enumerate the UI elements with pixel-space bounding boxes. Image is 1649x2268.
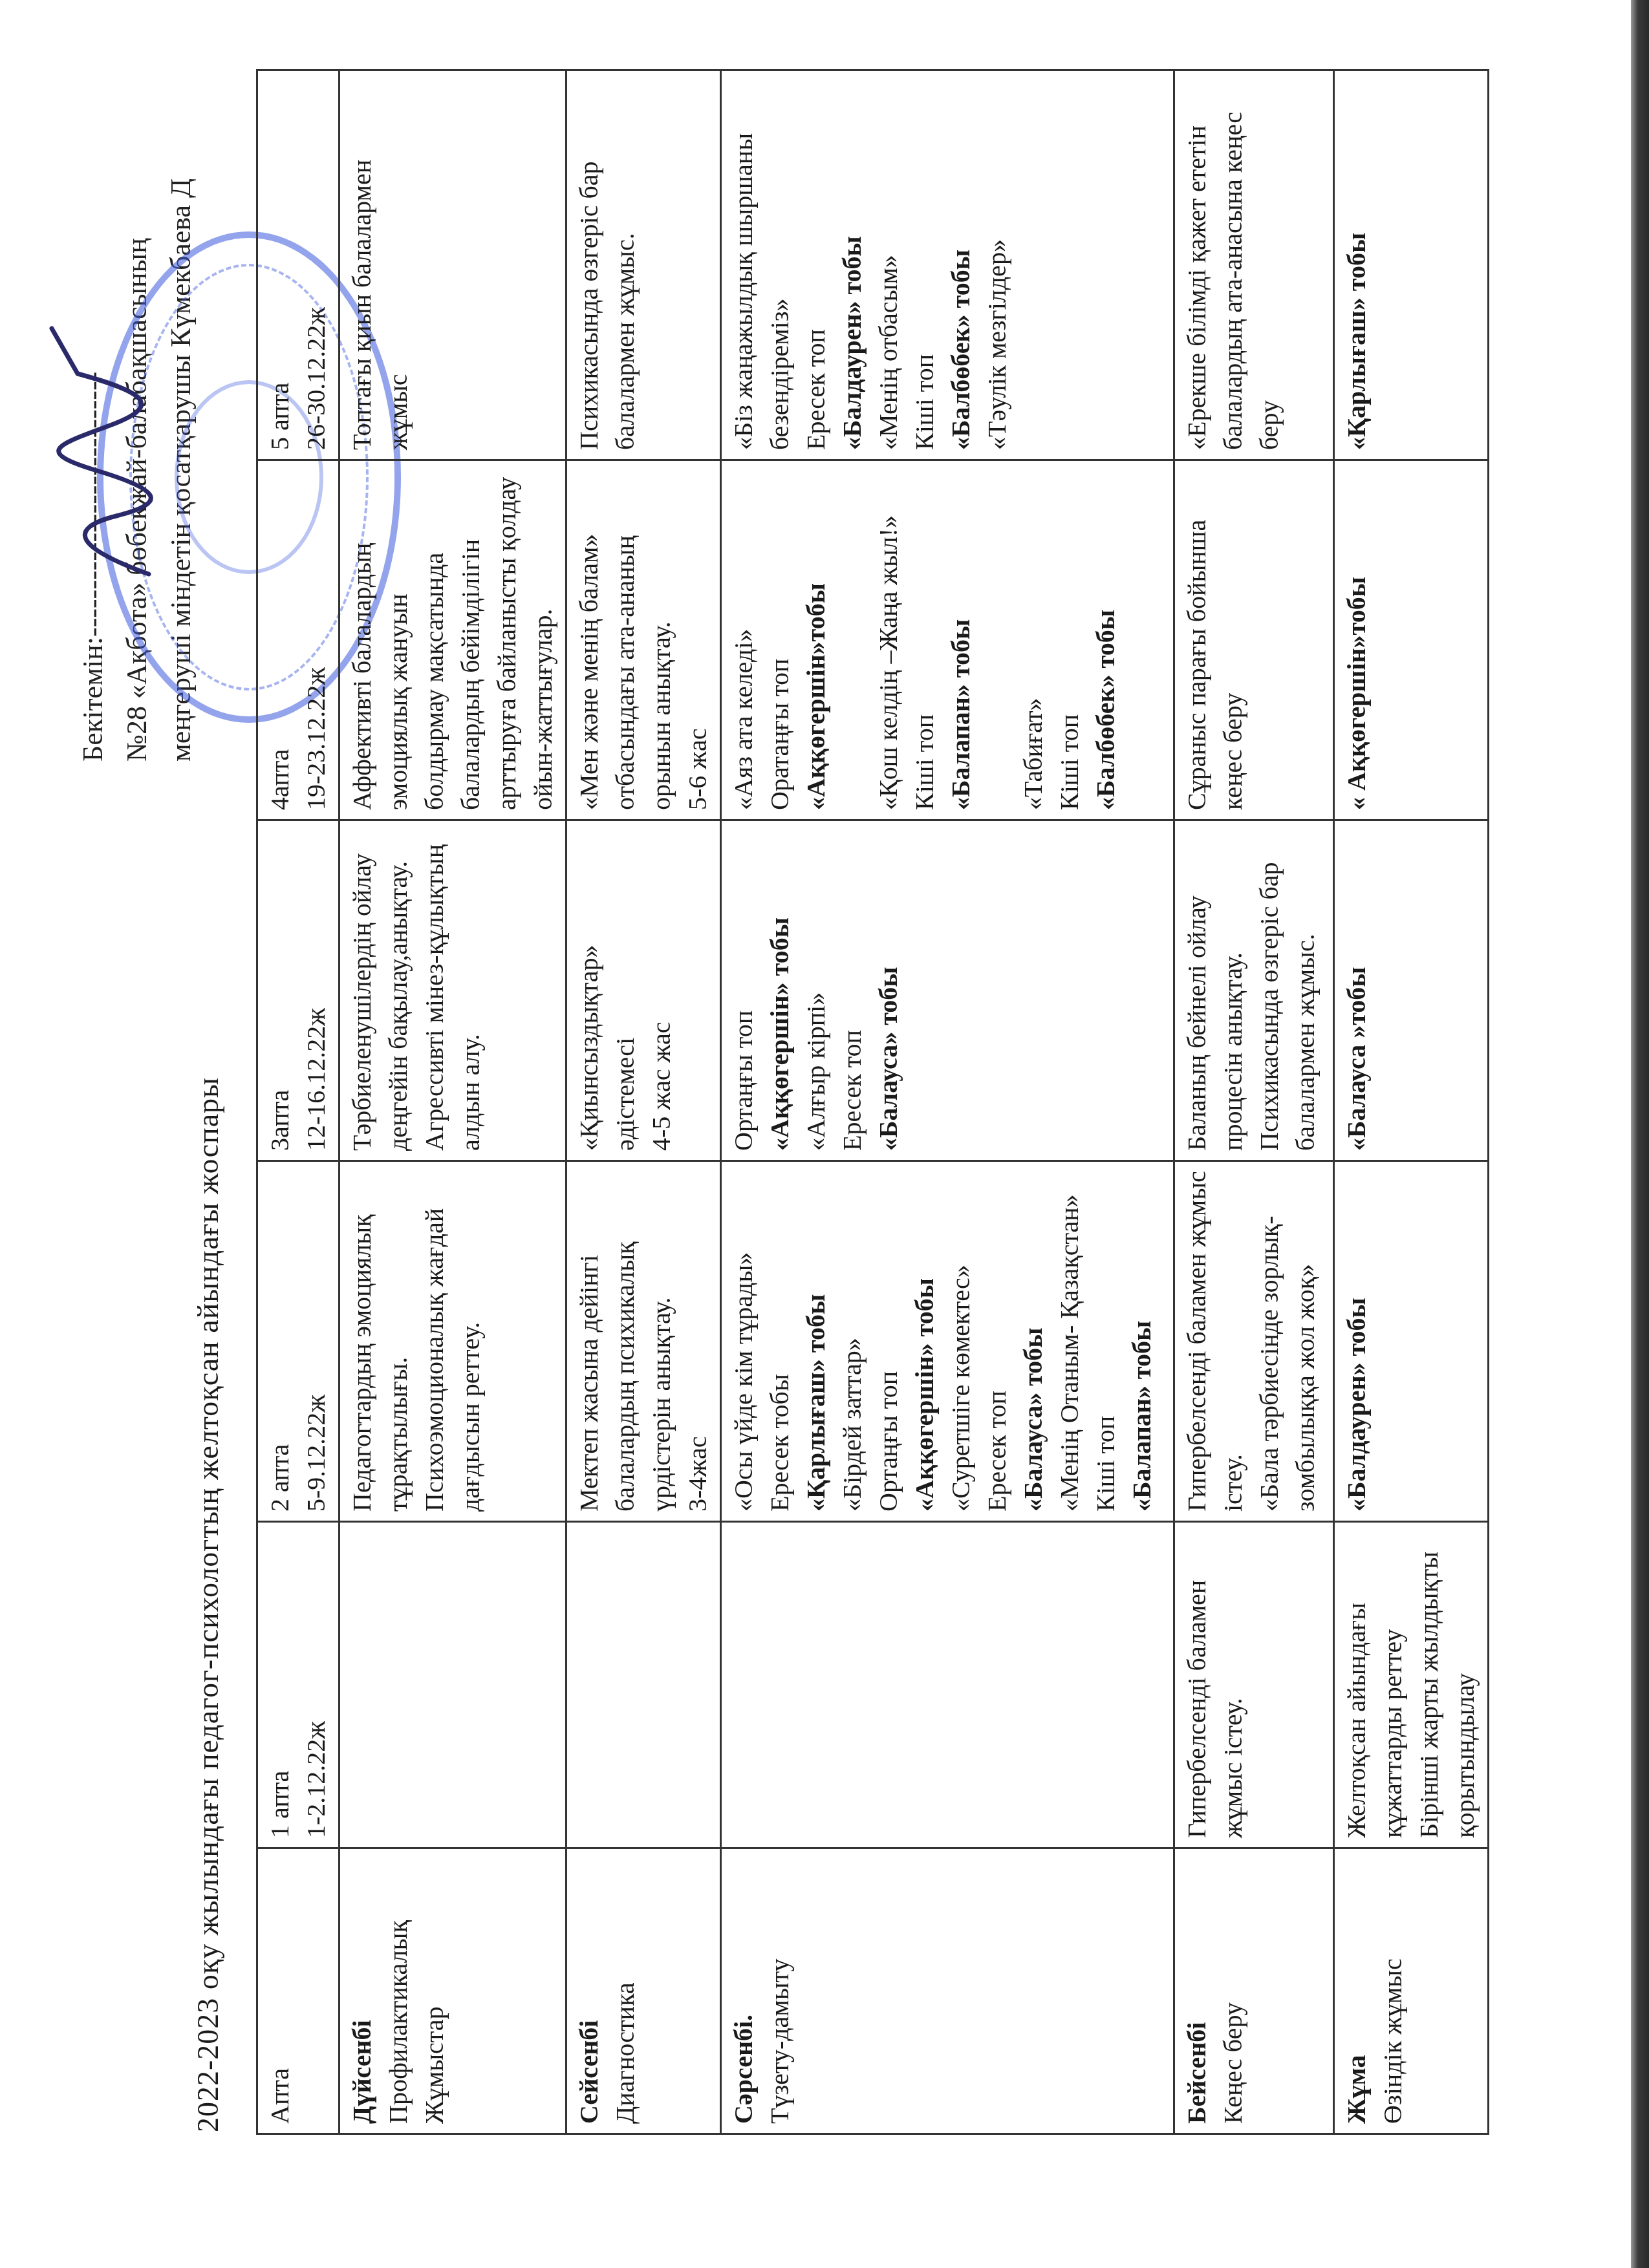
cell-text: «Суретшіге көмектес» [943,1171,979,1512]
table-row: ЖұмаӨзіндік жұмысЖелтоқсан айындағы құжа… [1334,70,1489,2134]
cell-text: 5-6 жас [680,470,716,810]
week-label: 3апта [262,830,298,1151]
plan-cell: Топтағы қиын балалармен жұмыс [339,70,566,460]
cell-text: «Бала тәрбиесінде зорлық-зомбылыққа жол … [1251,1171,1324,1512]
group-name: «Балауса »тобы [1339,830,1375,1151]
plan-cell: Гипербелсенді баламен жұмыс істеу.«Бала … [1174,1161,1334,1522]
table-row: ДүйсенбіПрофилактикалық ЖұмыстарПедагогт… [339,70,566,2134]
plan-cell: Тәрбиеленушілердің ойлау деңгейін бақыла… [339,820,566,1161]
cell-text: Желтоқсан айындағы құжаттарды реттеу [1339,1532,1411,1838]
monthly-plan-table: Апта1 апта1-2.12.22ж2 апта5-9.12.22ж3апт… [256,69,1489,2135]
cell-text: «Қош келдің –Жаңа жыл!» [870,470,907,810]
cell-text: 4-5 жас жас [643,830,680,1151]
group-name: «Балауса» тобы [870,830,907,1151]
plan-cell [721,1522,1174,1848]
cell-text: «Менің Отаным- Қазақстан» [1051,1171,1088,1512]
group-name: «Аққөгершін» тобы [762,830,798,1151]
activity-type: Өзіндік жұмыс [1375,1858,1411,2124]
group-name: «Балапан» тобы [943,470,979,810]
group-name: «Қарлығаш» тобы [1339,80,1375,450]
group-name: «Аққөгершін»тобы [798,470,834,810]
cell-text: Ортаңғы топ [870,1171,907,1512]
cell-text: «Алғыр кірпі» [798,830,834,1151]
page-title: 2022-2023 оқу жылындағы педагог-психолог… [191,1077,225,2132]
week-label: 5 апта [262,80,298,450]
day-name: Бейсенбі [1179,1858,1215,2124]
week-header-3: 3апта12-16.12.22ж [257,820,339,1161]
plan-cell: «Қарлығаш» тобы [1334,70,1489,460]
week-dates: 19-23.12.22ж [298,470,334,810]
cell-text: Психикасында өзгеріс бар балалармен жұмы… [1251,830,1324,1151]
corner-cell: Апта [257,1848,339,2134]
cell-text [979,470,1015,810]
cell-text: Ересек топ [979,1171,1015,1512]
cell-text: «Аяз ата келеді» [726,470,762,810]
plan-cell: Баланың бейнелі ойлау процесін анықтау.П… [1174,820,1334,1161]
day-name: Дүйсенбі [344,1858,380,2124]
cell-text: «Біз жаңажылдық шыршаны безендіреміз» [726,80,798,450]
cell-text: Мектеп жасына дейінгі балалардың психика… [571,1171,680,1512]
cell-text: Ересек топ [798,80,834,450]
group-name: « Аққөгершін»тобы [1339,470,1375,810]
cell-text: Агрессивті мінез-құлықтың алдын алу. [416,830,489,1151]
cell-text: Гипербелсенді баламен жұмыс істеу. [1179,1171,1251,1512]
plan-cell: Гипербелсенді баламен жұмыс істеу. [1174,1522,1334,1848]
row-label: БейсенбіКеңес беру [1174,1848,1334,2134]
plan-cell: Мектеп жасына дейінгі балалардың психика… [566,1161,721,1522]
cell-text: Топтағы қиын балалармен жұмыс [344,80,416,450]
cell-text: «Қиынсыздықтар» әдістемесі [571,830,643,1151]
plan-cell: «Біз жаңажылдық шыршаны безендіреміз»Ере… [721,70,1174,460]
cell-text: «Ерекше білімді қажет ететін балалардың … [1179,80,1288,450]
cell-text: Кіші топ [907,470,943,810]
cell-text: «Табиғат» [1015,470,1051,810]
activity-type: Кеңес беру [1215,1858,1251,2124]
cell-text: Кіші топ [1088,1171,1124,1512]
cell-text: Ересек топ [834,830,870,1151]
cell-text: Тәрбиеленушілердің ойлау деңгейін бақыла… [344,830,416,1151]
cell-text: Гипербелсенді баламен жұмыс істеу. [1179,1532,1251,1838]
plan-cell: Желтоқсан айындағы құжаттарды реттеуБірі… [1334,1522,1489,1848]
cell-text: Ересек тобы [762,1171,798,1512]
row-label: ДүйсенбіПрофилактикалық Жұмыстар [339,1848,566,2134]
plan-cell: «Аяз ата келеді»Оратаңғы топ«Аққөгершін»… [721,460,1174,820]
week-dates: 12-16.12.22ж [298,830,334,1151]
cell-text: Кіші топ [1051,470,1088,810]
week-label: 4апта [262,470,298,810]
group-name: «Балдаурен» тобы [834,80,870,450]
row-label: СейсенбіДиагностика [566,1848,721,2134]
plan-cell [339,1522,566,1848]
plan-cell: Педагогтардың эмоциялық тұрақтылығы.Псих… [339,1161,566,1522]
day-name: Сейсенбі [571,1858,607,2124]
week-header-2: 2 апта5-9.12.22ж [257,1161,339,1522]
rotated-page: Бекітемін:---------------------------- №… [0,0,1649,2268]
group-name: «Балдаурен» тобы [1339,1171,1375,1512]
cell-text: Педагогтардың эмоциялық тұрақтылығы. [344,1171,416,1512]
plan-cell: «Балауса »тобы [1334,820,1489,1161]
cell-text: «Осы үйде кім тұрады» [726,1171,762,1512]
cell-text: Бірінші жарты жылдықты қорытындылау [1411,1532,1483,1838]
cell-text: «Менің отбасым» [870,80,907,450]
cell-text: Баланың бейнелі ойлау процесін анықтау. [1179,830,1251,1151]
group-name: «Аққөгершін» тобы [907,1171,943,1512]
plan-cell: « Аққөгершін»тобы [1334,460,1489,820]
cell-text: Ортаңғы топ [726,830,762,1151]
week-dates: 26-30.12.22ж [298,80,334,450]
group-name: «Қарлығаш» тобы [798,1171,834,1512]
week-dates: 1-2.12.22ж [298,1532,334,1838]
day-name: Жұма [1339,1858,1375,2124]
cell-text: Сұраныс парағы бойынша кеңес беру [1179,470,1251,810]
plan-cell: «Мен және менің балам» отбасындағы ата-а… [566,460,721,820]
week-label: 2 апта [262,1171,298,1512]
week-header-5: 5 апта26-30.12.22ж [257,70,339,460]
handwritten-signature-icon [39,316,168,587]
group-name: «Балауса» тобы [1015,1171,1051,1512]
cell-text: Психоэмоционалық жағдай дағдысын реттеу. [416,1171,489,1512]
plan-cell: «Балдаурен» тобы [1334,1161,1489,1522]
plan-cell: Аффективті балалардың эмоциялық жануын б… [339,460,566,820]
group-name: «Балбөбек» тобы [943,80,979,450]
plan-cell: «Ерекше білімді қажет ететін балалардың … [1174,70,1334,460]
row-label: Сәрсенбі.Түзету-дамыту [721,1848,1174,2134]
plan-cell: «Осы үйде кім тұрады»Ересек тобы«Қарлыға… [721,1161,1174,1522]
table-row: Сәрсенбі.Түзету-дамыту«Осы үйде кім тұра… [721,70,1174,2134]
cell-text: Психикасында өзгеріс бар балалармен жұмы… [571,80,643,450]
week-label: 1 апта [262,1532,298,1838]
plan-cell: Психикасында өзгеріс бар балалармен жұмы… [566,70,721,460]
activity-type: Түзету-дамыту [762,1858,798,2124]
cell-text: «Мен және менің балам» отбасындағы ата-а… [571,470,680,810]
week-dates: 5-9.12.22ж [298,1171,334,1512]
cell-text: Оратаңғы топ [762,470,798,810]
cell-text: «Бірдей заттар» [834,1171,870,1512]
table-row: СейсенбіДиагностикаМектеп жасына дейінгі… [566,70,721,2134]
day-name: Сәрсенбі. [726,1858,762,2124]
week-header-4: 4апта19-23.12.22ж [257,460,339,820]
cell-text: Аффективті балалардың эмоциялық жануын б… [344,470,561,810]
activity-type: Диагностика [607,1858,643,2124]
table-row: БейсенбіКеңес беруГипербелсенді баламен … [1174,70,1334,2134]
plan-cell: Сұраныс парағы бойынша кеңес беру [1174,460,1334,820]
cell-text [834,470,870,810]
row-label: ЖұмаӨзіндік жұмыс [1334,1848,1489,2134]
group-name: «Балапан» тобы [1124,1171,1160,1512]
header-row: Апта1 апта1-2.12.22ж2 апта5-9.12.22ж3апт… [257,70,339,2134]
plan-cell: «Қиынсыздықтар» әдістемесі4-5 жас жас [566,820,721,1161]
cell-text: 3-4жас [680,1171,716,1512]
plan-cell: Ортаңғы топ«Аққөгершін» тобы«Алғыр кірпі… [721,820,1174,1161]
plan-cell [566,1522,721,1848]
week-header-1: 1 апта1-2.12.22ж [257,1522,339,1848]
group-name: «Балбөбек» тобы [1088,470,1124,810]
cell-text: «Тәулік мезгілдер» [979,80,1015,450]
cell-text: Кіші топ [907,80,943,450]
activity-type: Профилактикалық Жұмыстар [380,1858,453,2124]
